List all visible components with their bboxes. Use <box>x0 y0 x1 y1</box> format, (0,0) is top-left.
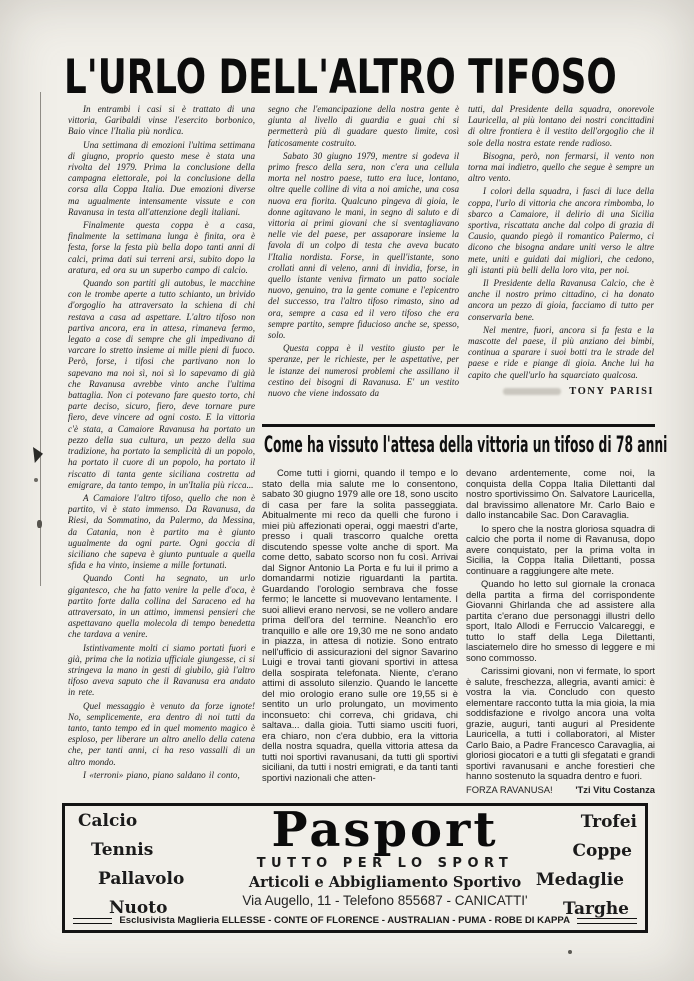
closing-slogan: FORZA RAVANUSA! <box>466 785 553 796</box>
ad-item-medaglie: Medaglie <box>536 870 637 890</box>
paragraph: Come tutti i giorni, quando il tempo e l… <box>262 468 458 783</box>
scan-ink-blob <box>33 447 43 463</box>
paragraph: Quando Conti ha segnato, un urlo gigante… <box>68 573 255 640</box>
paragraph: A Camaiore l'altro tifoso, quello che no… <box>68 493 255 571</box>
scan-margin-line <box>40 92 41 586</box>
paragraph: Istintivamente molti ci siamo portati fu… <box>68 643 255 699</box>
ad-sport-list-left: Calcio Tennis Pallavolo Nuoto <box>78 811 184 927</box>
double-rule-decoration <box>577 918 637 924</box>
paragraph: Carissimi giovani, non vi fermate, lo sp… <box>466 666 655 782</box>
advertisement-box: Calcio Tennis Pallavolo Nuoto Trofei Cop… <box>62 803 648 933</box>
article2-closing-line: FORZA RAVANUSA! 'Tzi Vitu Costanza <box>466 785 655 796</box>
ad-item-tennis: Tennis <box>78 840 184 860</box>
newspaper-page: L'URLO DELL'ALTRO TIFOSO In entrambi i c… <box>0 0 694 981</box>
paragraph: devano ardentemente, come noi, la conqui… <box>466 468 655 521</box>
ad-item-calcio: Calcio <box>78 811 184 831</box>
article2-column-1: Come tutti i giorni, quando il tempo e l… <box>262 468 458 798</box>
paragraph: Quando son partiti gli autobus, le macch… <box>68 278 255 491</box>
paragraph: tutti, dal Presidente della squadra, ono… <box>468 104 654 149</box>
article2-column-2: devano ardentemente, come noi, la conqui… <box>466 468 655 798</box>
paragraph: Finalmente questa coppa è a casa, finalm… <box>68 220 255 276</box>
double-rule-decoration <box>73 918 112 924</box>
paragraph: Una settimana di emozioni l'ultima setti… <box>68 140 255 218</box>
scan-ink-blob <box>34 478 38 482</box>
page-title: L'URLO DELL'ALTRO TIFOSO <box>64 50 617 105</box>
scan-ink-blob <box>37 520 42 528</box>
scan-smudge <box>503 388 561 395</box>
paragraph: Quando ho letto sul giornale la cronaca … <box>466 579 655 663</box>
article1-column-3: tutti, dal Presidente della squadra, ono… <box>468 104 654 424</box>
ad-subtitle: Articoli e Abbigliamento Sportivo <box>230 874 540 891</box>
ad-item-trofei: Trofei <box>536 812 637 832</box>
paragraph: Io spero che la nostra gloriosa squadra … <box>466 524 655 577</box>
ad-footer-text: Esclusivista Maglieria ELLESSE - CONTE O… <box>119 915 570 926</box>
paragraph: Sabato 30 giugno 1979, mentre si godeva … <box>268 151 459 341</box>
paragraph: In entrambi i casi si è trattato di una … <box>68 104 255 138</box>
ad-prize-list-right: Trofei Coppe Medaglie Targhe <box>536 812 637 928</box>
ad-address: Via Augello, 11 - Telefono 855687 - CANI… <box>230 893 540 908</box>
paragraph: Il Presidente della Ravanusa Calcio, che… <box>468 278 654 323</box>
paragraph: I colori della squadra, i fasci di luce … <box>468 186 654 276</box>
paragraph: Bisogna, però, non fermarsi, il vento no… <box>468 151 654 185</box>
article2-byline: 'Tzi Vitu Costanza <box>575 785 655 796</box>
paragraph: segno che l'emancipazione della nostra g… <box>268 104 459 149</box>
article1-column-1: In entrambi i casi si è trattato di una … <box>68 104 255 798</box>
section-divider-rule <box>262 424 655 427</box>
scan-ink-dot <box>568 950 572 954</box>
ad-item-pallavolo: Pallavolo <box>78 869 184 889</box>
paragraph: I «terroni» piano, piano saldano il cont… <box>68 770 255 781</box>
ad-item-coppe: Coppe <box>536 841 637 861</box>
paragraph: Questa coppa è il vestito giusto per le … <box>268 343 459 399</box>
author-name: TONY PARISI <box>569 386 654 397</box>
ad-tagline: TUTTO PER LO SPORT <box>230 856 540 871</box>
article1-byline: TONY PARISI <box>468 386 654 397</box>
article1-column-2: segno che l'emancipazione della nostra g… <box>268 104 459 424</box>
ad-footer-line: Esclusivista Maglieria ELLESSE - CONTE O… <box>73 915 637 926</box>
paragraph: Nel mentre, fuori, ancora si fa festa e … <box>468 325 654 381</box>
article2-headline: Come ha vissuto l'attesa della vittoria … <box>264 433 667 458</box>
ad-center-block: Pasport TUTTO PER LO SPORT Articoli e Ab… <box>230 806 540 908</box>
paragraph: Quel messaggio è venuto da forze ignote!… <box>68 701 255 768</box>
ad-logo: Pasport <box>230 806 540 855</box>
